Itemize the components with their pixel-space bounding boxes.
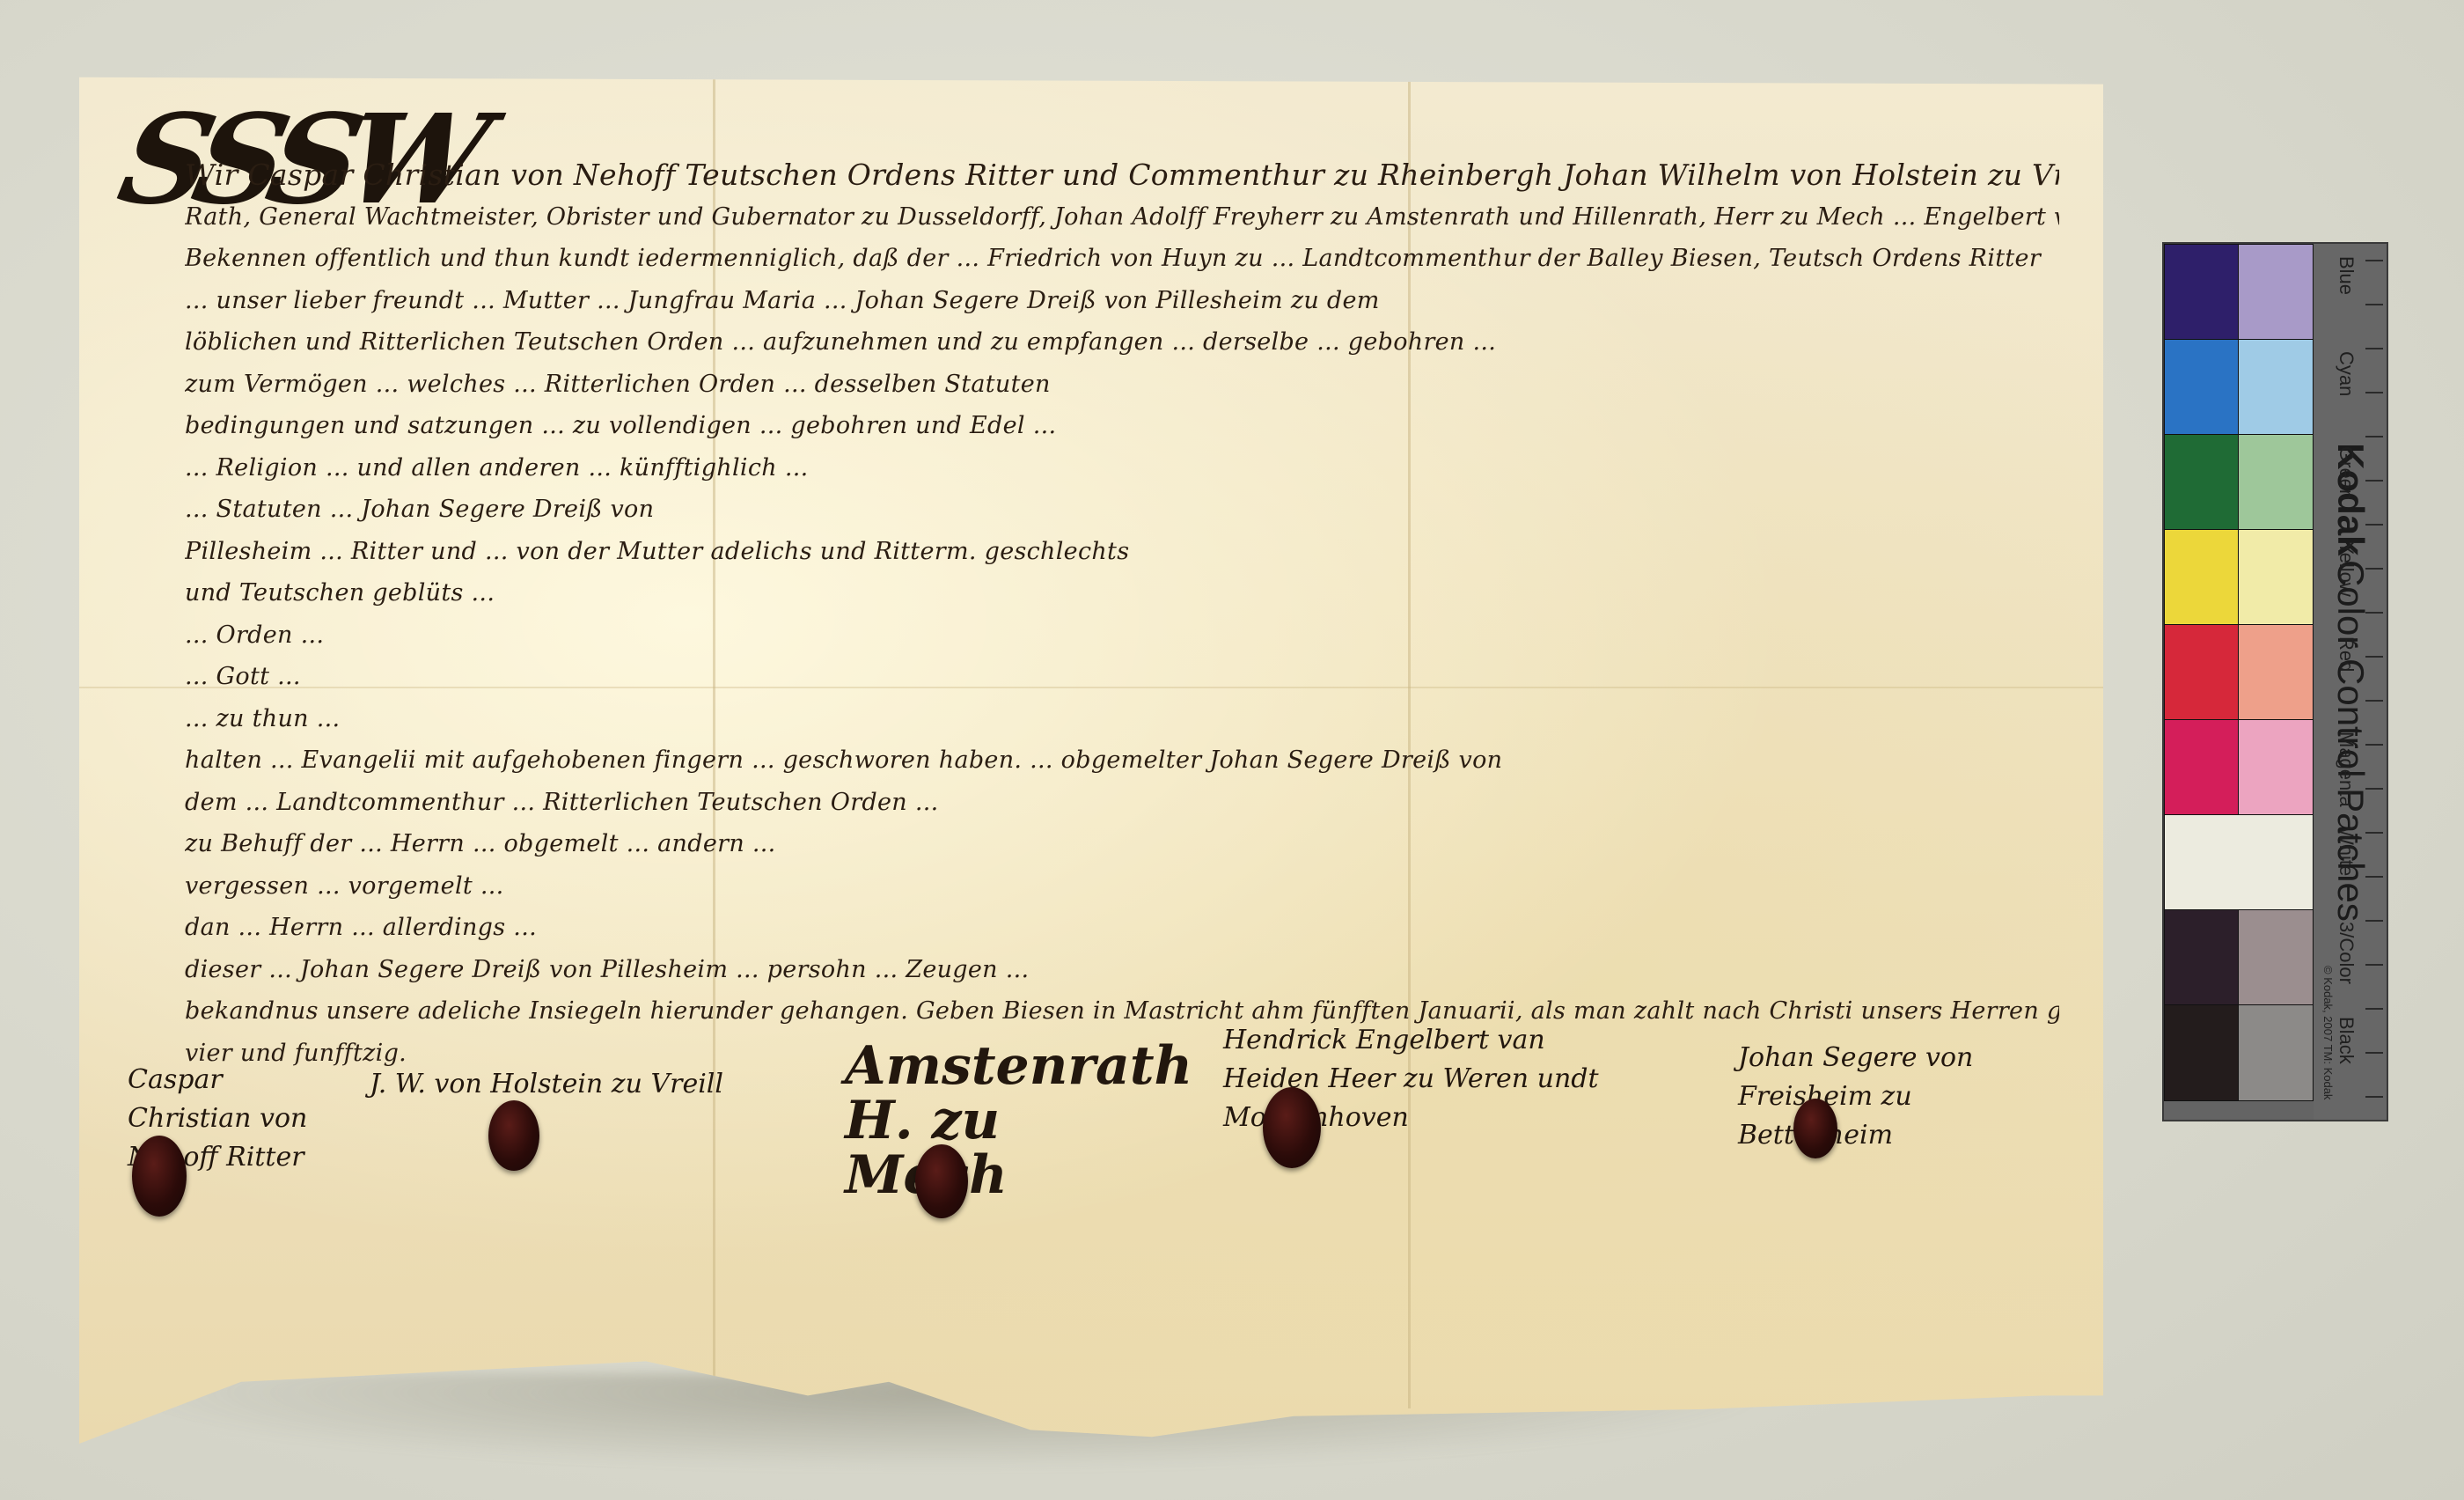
color-patch-black-dark xyxy=(2164,1004,2240,1101)
patch-label: White xyxy=(2335,827,2358,876)
wax-seal xyxy=(488,1100,539,1171)
color-patch-magenta-light xyxy=(2238,719,2314,816)
text-line: löblichen und Ritterlichen Teutschen Ord… xyxy=(185,321,2059,364)
patch-label: Yellow xyxy=(2335,541,2358,597)
color-patch-3-color-dark xyxy=(2164,909,2240,1006)
text-line: vergessen ... vorgemelt ... xyxy=(185,865,2059,908)
patch-label: 3/Color xyxy=(2335,922,2358,984)
text-line: dem ... Landtcommenthur ... Ritterlichen… xyxy=(185,782,2059,824)
color-patch-yellow-light xyxy=(2238,529,2314,626)
color-patch-magenta-dark xyxy=(2164,719,2240,816)
patch-label: Black xyxy=(2335,1017,2358,1064)
text-line: und Teutschen geblüts ... xyxy=(185,572,2059,614)
text-line: ... Statuten ... Johan Segere Dreiß von xyxy=(185,489,2059,531)
text-line: ... Gott ... xyxy=(185,656,2059,698)
text-line: Rath, General Wachtmeister, Obrister und… xyxy=(185,196,2059,239)
signature-amstenrath: Amstenrath H. zu Mech xyxy=(845,1039,1179,1202)
color-patch-cyan-light xyxy=(2238,339,2314,436)
kodak-color-chart: Kodak Color Control Patches © Kodak, 200… xyxy=(2162,242,2388,1121)
patch-label: Blue xyxy=(2335,256,2358,295)
text-line: ... unser lieber freundt ... Mutter ... … xyxy=(185,280,2059,322)
text-line: bedingungen und satzungen ... zu vollend… xyxy=(185,405,2059,447)
text-line: zum Vermögen ... welches ... Ritterliche… xyxy=(185,364,2059,406)
signature-holstein: J. W. von Holstein zu Vreill xyxy=(370,1065,723,1104)
patch-label: Red xyxy=(2335,636,2358,672)
patch-label: Cyan xyxy=(2335,351,2358,396)
text-line: ... zu thun ... xyxy=(185,698,2059,740)
color-patch-black-light xyxy=(2238,1004,2314,1101)
chart-copyright: © Kodak, 2007 TM: Kodak xyxy=(2321,966,2335,1099)
text-line: dieser ... Johan Segere Dreiß von Pilles… xyxy=(185,949,2059,991)
color-patch-blue-dark xyxy=(2164,244,2240,341)
color-patch-white xyxy=(2164,814,2314,911)
patch-label: Green xyxy=(2335,446,2358,500)
signature-segere: Johan Segere von Freisheim zu Bettenheim xyxy=(1738,1039,2002,1155)
text-line: dan ... Herrn ... allerdings ... xyxy=(185,907,2059,949)
wax-seal xyxy=(1263,1087,1321,1168)
text-line: bekandnus unsere adeliche Insiegeln hier… xyxy=(185,990,2059,1033)
wax-seal xyxy=(915,1144,968,1218)
wax-seal xyxy=(1793,1099,1837,1158)
color-patch-green-light xyxy=(2238,434,2314,531)
color-patch-green-dark xyxy=(2164,434,2240,531)
color-patch-3-color-light xyxy=(2238,909,2314,1006)
charter-body-text: Wir Caspar Christian von Nehoff Teutsche… xyxy=(185,154,2059,1074)
wax-seal xyxy=(132,1136,187,1217)
text-line: Pillesheim ... Ritter und ... von der Mu… xyxy=(185,531,2059,573)
text-line: halten ... Evangelii mit aufgehobenen fi… xyxy=(185,739,2059,782)
color-patch-cyan-dark xyxy=(2164,339,2240,436)
text-line: ... Orden ... xyxy=(185,614,2059,657)
patch-label: Magenta xyxy=(2335,732,2358,807)
color-patch-blue-light xyxy=(2238,244,2314,341)
color-patch-yellow-dark xyxy=(2164,529,2240,626)
text-line: Wir Caspar Christian von Nehoff Teutsche… xyxy=(185,154,2059,196)
text-line: Bekennen offentlich und thun kundt ieder… xyxy=(185,238,2059,280)
color-patch-red-light xyxy=(2238,624,2314,721)
color-patch-red-dark xyxy=(2164,624,2240,721)
text-line: zu Behuff der ... Herrn ... obgemelt ...… xyxy=(185,823,2059,865)
text-line: ... Religion ... und allen anderen ... k… xyxy=(185,447,2059,489)
